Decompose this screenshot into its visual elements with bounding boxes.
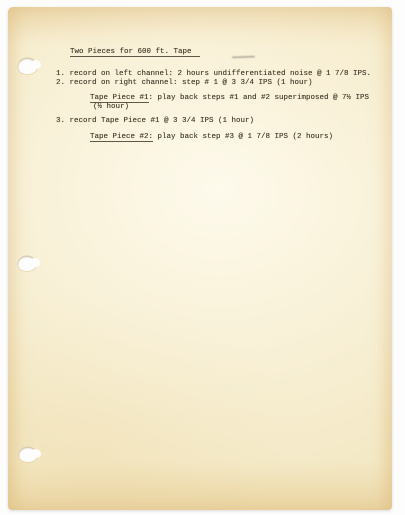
punch-hole-middle [18, 256, 36, 271]
paper-sheet: Two Pieces for 600 ft. Tape 1. record on… [8, 7, 392, 510]
typed-line-half-hour: (½ hour) [93, 103, 129, 112]
tape-piece-2-description: play back step #3 @ 1 7/8 IPS (2 hours) [153, 133, 333, 141]
typed-line-item-3: 3. record Tape Piece #1 @ 3 3/4 IPS (1 h… [56, 117, 254, 126]
scanned-page-background: Two Pieces for 600 ft. Tape 1. record on… [0, 0, 405, 515]
tape-piece-1-description: : play back steps #1 and #2 superimposed… [149, 94, 370, 102]
tape-piece-1-label: Tape Piece #1 [90, 94, 149, 103]
document-title: Two Pieces for 600 ft. Tape [70, 48, 200, 57]
punch-hole-bottom [19, 447, 37, 462]
tape-piece-2-label: Tape Piece #2: [90, 133, 153, 142]
typed-line-item-2: 2. record on right channel: step # 1 @ 3… [56, 79, 313, 88]
typed-line-tape-piece-1: Tape Piece #1: play back steps #1 and #2… [90, 94, 369, 103]
punch-hole-top [18, 58, 37, 74]
document-title-text: Two Pieces for 600 ft. Tape [70, 48, 200, 57]
typed-line-item-1: 1. record on left channel: 2 hours undif… [56, 70, 371, 79]
typed-text-block: Two Pieces for 600 ft. Tape 1. record on… [56, 48, 396, 168]
typed-line-tape-piece-2: Tape Piece #2: play back step #3 @ 1 7/8… [90, 133, 333, 142]
